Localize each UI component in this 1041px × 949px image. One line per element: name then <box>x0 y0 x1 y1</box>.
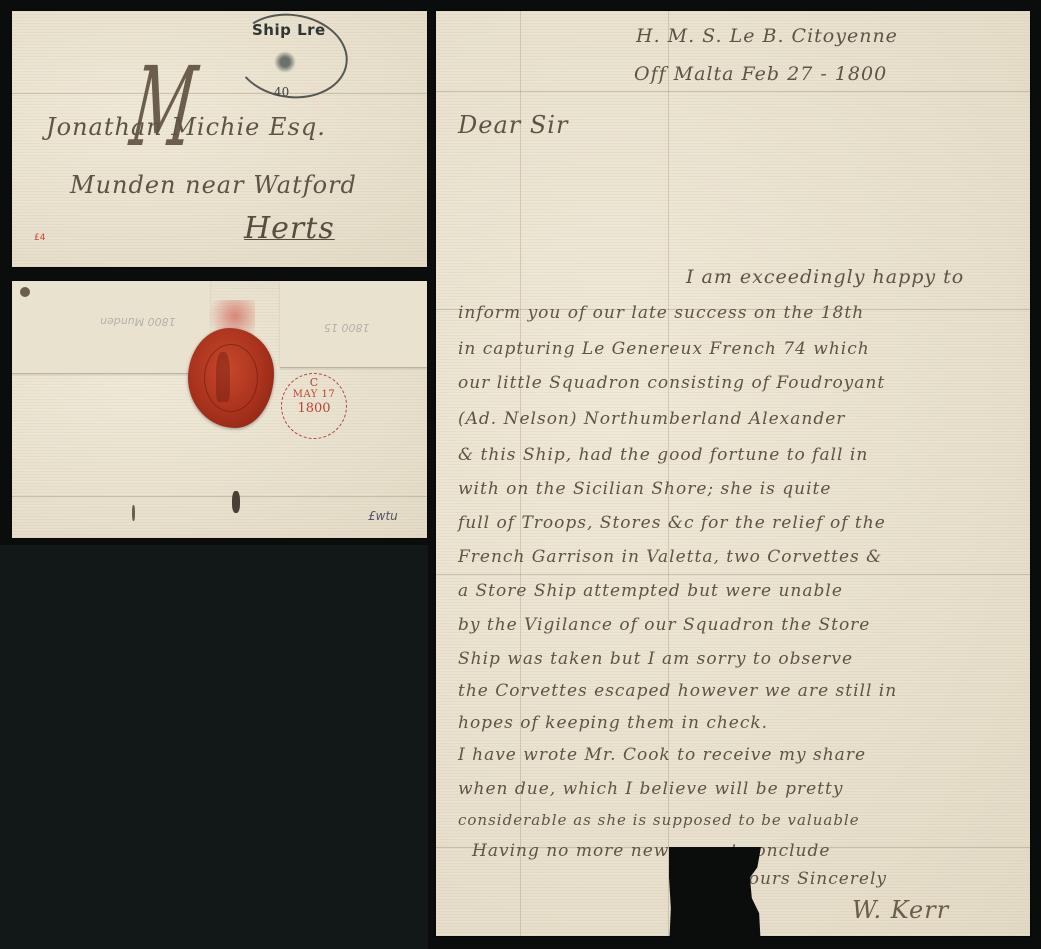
fold-line <box>12 93 427 94</box>
letter-line: I have wrote Mr. Cook to receive my shar… <box>458 745 866 765</box>
red-corner-mark: £4 <box>34 233 45 243</box>
letter-salutation: Dear Sir <box>458 111 568 139</box>
docket-mark: M <box>125 43 202 171</box>
letter-line: inform you of our late success on the 18… <box>458 303 864 323</box>
letter-line: full of Troops, Stores &c for the relief… <box>458 513 886 533</box>
address-line-1: Jonathan Michie Esq. <box>46 113 326 141</box>
letter-line: I am exceedingly happy to <box>686 266 964 288</box>
ink-spot <box>132 505 135 521</box>
letter-line: & this Ship, had the good fortune to fal… <box>458 445 868 465</box>
seal-impression <box>204 344 258 412</box>
postmark-text: Ship Lre <box>252 21 326 39</box>
ink-spot <box>20 287 30 297</box>
seal-figure-icon <box>216 352 230 402</box>
red-wax-seal <box>188 328 274 428</box>
letter-line: by the Vigilance of our Squadron the Sto… <box>458 615 870 635</box>
letter-line: Having no more news, must conclude <box>472 841 830 861</box>
letter-line: with on the Sicilian Shore; she is quite <box>458 479 831 499</box>
fold-line <box>436 574 1030 575</box>
letter-line: when due, which I believe will be pretty <box>458 779 843 799</box>
letter-signature: W. Kerr <box>852 896 949 924</box>
address-line-3: Herts <box>244 211 335 246</box>
datestamp-year: 1800 <box>282 401 346 416</box>
letter-heading-place-date: Off Malta Feb 27 - 1800 <box>634 63 887 85</box>
letter-line: our little Squadron consisting of Foudro… <box>458 373 885 393</box>
letter-line: the Corvettes escaped however we are sti… <box>458 681 897 701</box>
pencil-note-left: 1800 Munden <box>100 315 176 328</box>
crown-icon <box>274 51 296 73</box>
pencil-note-corner: £wtu <box>368 509 398 523</box>
letter-line: hopes of keeping them in check. <box>458 713 768 733</box>
datestamp-letter: C <box>282 377 346 389</box>
letter-line: a Store Ship attempted but were unable <box>458 581 843 601</box>
letter-line: French Garrison in Valetta, two Corvette… <box>458 547 882 567</box>
ink-spot <box>232 491 240 513</box>
bishop-mark-datestamp: C MAY 17 1800 <box>281 373 347 439</box>
letter-line: considerable as she is supposed to be va… <box>458 811 860 829</box>
letter-sheet: H. M. S. Le B. Citoyenne Off Malta Feb 2… <box>436 11 1030 936</box>
letter-closing: Yours Sincerely <box>738 869 887 889</box>
address-line-2: Munden near Watford <box>70 171 357 199</box>
letter-heading-ship: H. M. S. Le B. Citoyenne <box>636 25 898 47</box>
pencil-note-right: 1800 15 <box>324 321 370 334</box>
envelope-front-panel: M Ship Lre 40 Jonathan Michie Esq. Munde… <box>12 11 427 267</box>
fold-line <box>12 496 427 497</box>
letter-line: (Ad. Nelson) Northumberland Alexander <box>458 409 845 429</box>
letter-line: Ship was taken but I am sorry to observe <box>458 649 853 669</box>
datestamp-date: MAY 17 <box>282 389 346 401</box>
fold-line <box>436 91 1030 92</box>
letter-line: in capturing Le Genereux French 74 which <box>458 339 870 359</box>
torn-notch <box>669 847 761 949</box>
postmark-number: 40 <box>274 85 289 99</box>
